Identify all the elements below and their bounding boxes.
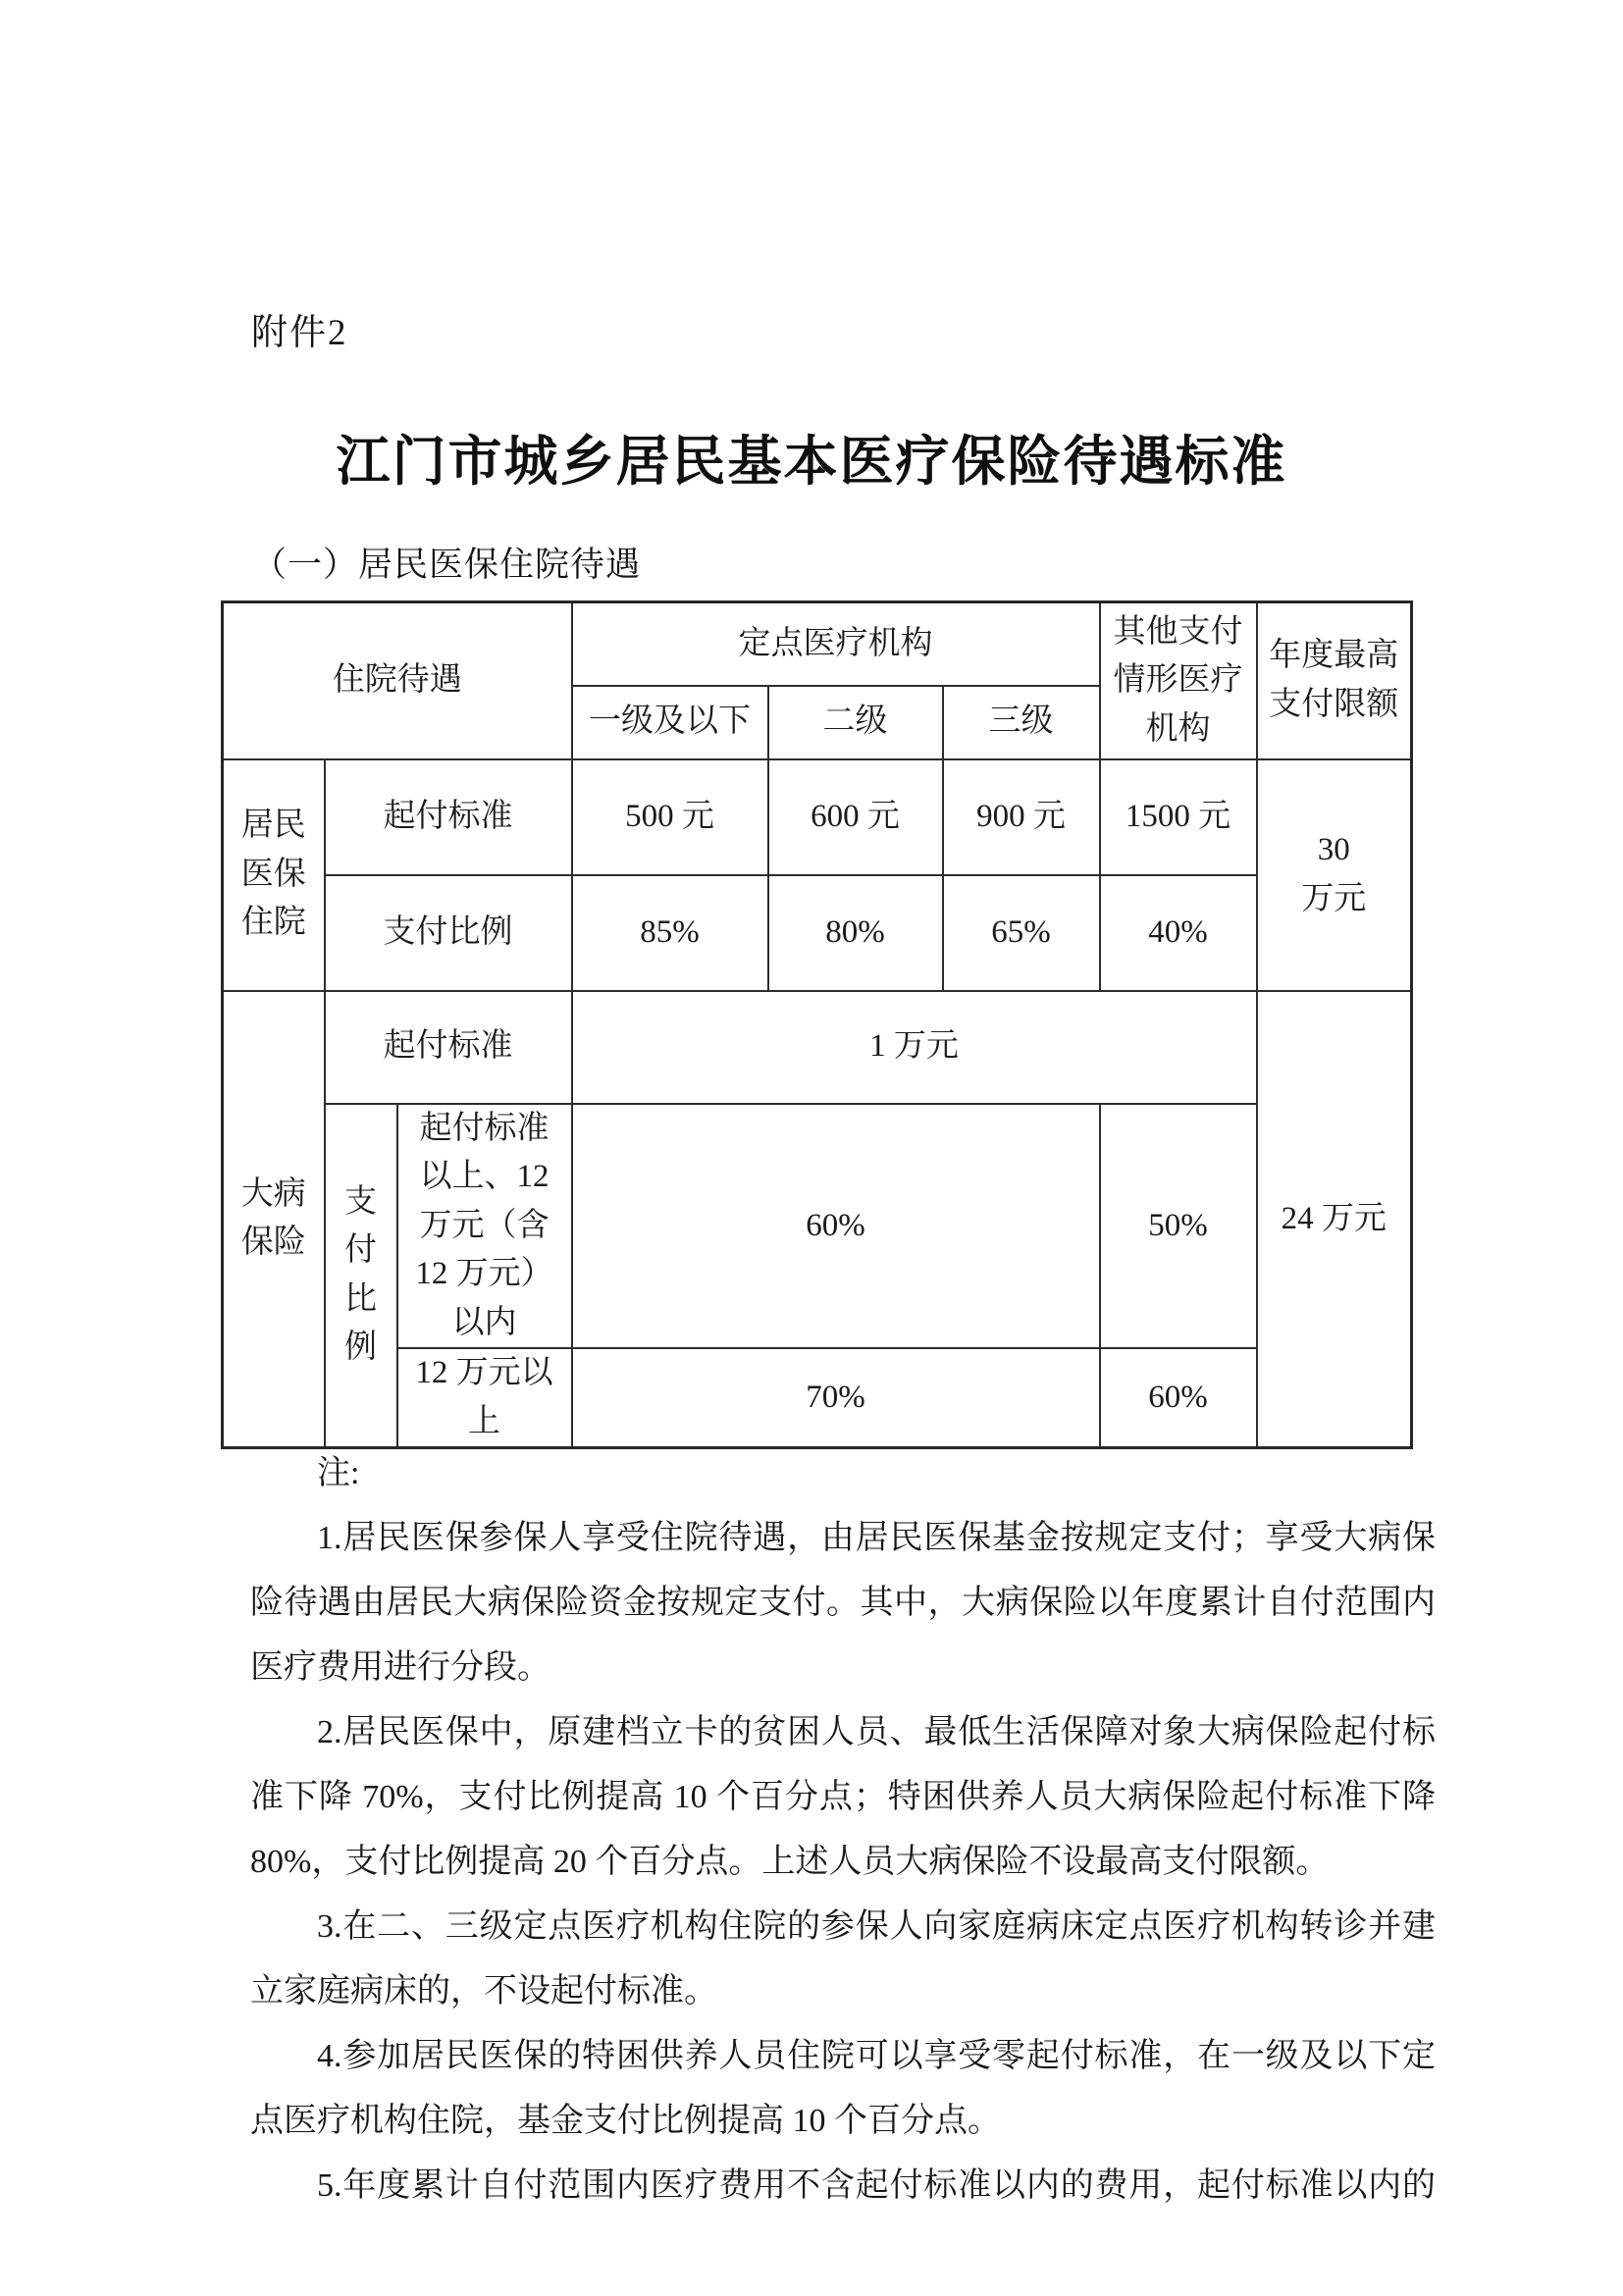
benefits-table-wrap: 住院待遇 定点医疗机构 其他支付情形医疗机构 年度最高支付限额 一级及以下 二级…: [221, 600, 1413, 1449]
resident-ratio-label: 支付比例: [325, 875, 572, 991]
resident-ratio-row: 支付比例 85% 80% 65% 40%: [223, 875, 1412, 991]
critical-tier2-label: 12 万元以上: [397, 1348, 572, 1448]
header-level-2: 二级: [768, 686, 943, 759]
critical-deductible-value: 1 万元: [572, 991, 1257, 1104]
critical-tier1-other: 50%: [1100, 1104, 1257, 1349]
header-level-1-and-below: 一级及以下: [572, 686, 768, 759]
notes-section: 注: 1.居民医保参保人享受住院待遇，由居民医保基金按规定支付；享受大病保险待遇…: [250, 1441, 1436, 2218]
resident-deductible-level2: 600 元: [768, 759, 943, 875]
document-page: 附件2 江门市城乡居民基本医疗保险待遇标准 （一）居民医保住院待遇 住院待遇 定…: [0, 0, 1623, 2296]
resident-deductible-other: 1500 元: [1100, 759, 1257, 875]
critical-tier2-row: 12 万元以上 70% 60%: [223, 1348, 1412, 1448]
note-item-5: 5.年度累计自付范围内医疗费用不含起付标准以内的费用，起付标准以内的费: [250, 2154, 1436, 2218]
critical-deductible-row: 大病保险 起付标准 1 万元 24 万元: [223, 991, 1412, 1104]
attachment-label: 附件2: [251, 302, 348, 355]
critical-tier1-designated: 60%: [572, 1104, 1100, 1349]
benefits-table: 住院待遇 定点医疗机构 其他支付情形医疗机构 年度最高支付限额 一级及以下 二级…: [221, 600, 1413, 1449]
header-other-payment-institutions: 其他支付情形医疗机构: [1100, 602, 1257, 759]
resident-ratio-other: 40%: [1100, 875, 1257, 991]
resident-deductible-label: 起付标准: [325, 759, 572, 875]
note-item-4: 4.参加居民医保的特困供养人员住院可以享受零起付标准，在一级及以下定点医疗机构住…: [250, 2024, 1436, 2154]
critical-deductible-label: 起付标准: [325, 991, 572, 1104]
note-item-1: 1.居民医保参保人享受住院待遇，由居民医保基金按规定支付；享受大病保险待遇由居民…: [250, 1506, 1436, 1700]
resident-annual-max: 30 万元: [1257, 759, 1412, 991]
header-designated-institutions: 定点医疗机构: [572, 602, 1100, 686]
resident-section-label: 居民医保住院: [223, 759, 325, 991]
header-annual-max-limit: 年度最高支付限额: [1257, 602, 1412, 759]
critical-tier1-label: 起付标准以上、12 万元（含 12 万元）以内: [397, 1104, 572, 1349]
document-title: 江门市城乡居民基本医疗保险待遇标准: [0, 418, 1623, 496]
critical-annual-max: 24 万元: [1257, 991, 1412, 1448]
note-item-3: 3.在二、三级定点医疗机构住院的参保人向家庭病床定点医疗机构转诊并建立家庭病床的…: [250, 1895, 1436, 2024]
resident-ratio-level1: 85%: [572, 875, 768, 991]
critical-section-label: 大病保险: [223, 991, 325, 1448]
notes-label: 注:: [250, 1441, 1436, 1506]
header-level-3: 三级: [943, 686, 1100, 759]
critical-tier2-other: 60%: [1100, 1348, 1257, 1448]
header-hospitalization-benefit: 住院待遇: [223, 602, 572, 759]
critical-tier1-row: 支付比例 起付标准以上、12 万元（含 12 万元）以内 60% 50%: [223, 1104, 1412, 1349]
resident-ratio-level3: 65%: [943, 875, 1100, 991]
resident-deductible-level1: 500 元: [572, 759, 768, 875]
critical-ratio-label: 支付比例: [325, 1104, 397, 1448]
note-item-2: 2.居民医保中，原建档立卡的贫困人员、最低生活保障对象大病保险起付标准下降 70…: [250, 1700, 1436, 1895]
resident-deductible-level3: 900 元: [943, 759, 1100, 875]
critical-tier2-designated: 70%: [572, 1348, 1100, 1448]
table-header-row-1: 住院待遇 定点医疗机构 其他支付情形医疗机构 年度最高支付限额: [223, 602, 1412, 686]
resident-ratio-level2: 80%: [768, 875, 943, 991]
resident-deductible-row: 居民医保住院 起付标准 500 元 600 元 900 元 1500 元 30 …: [223, 759, 1412, 875]
section-heading: （一）居民医保住院待遇: [252, 538, 641, 587]
